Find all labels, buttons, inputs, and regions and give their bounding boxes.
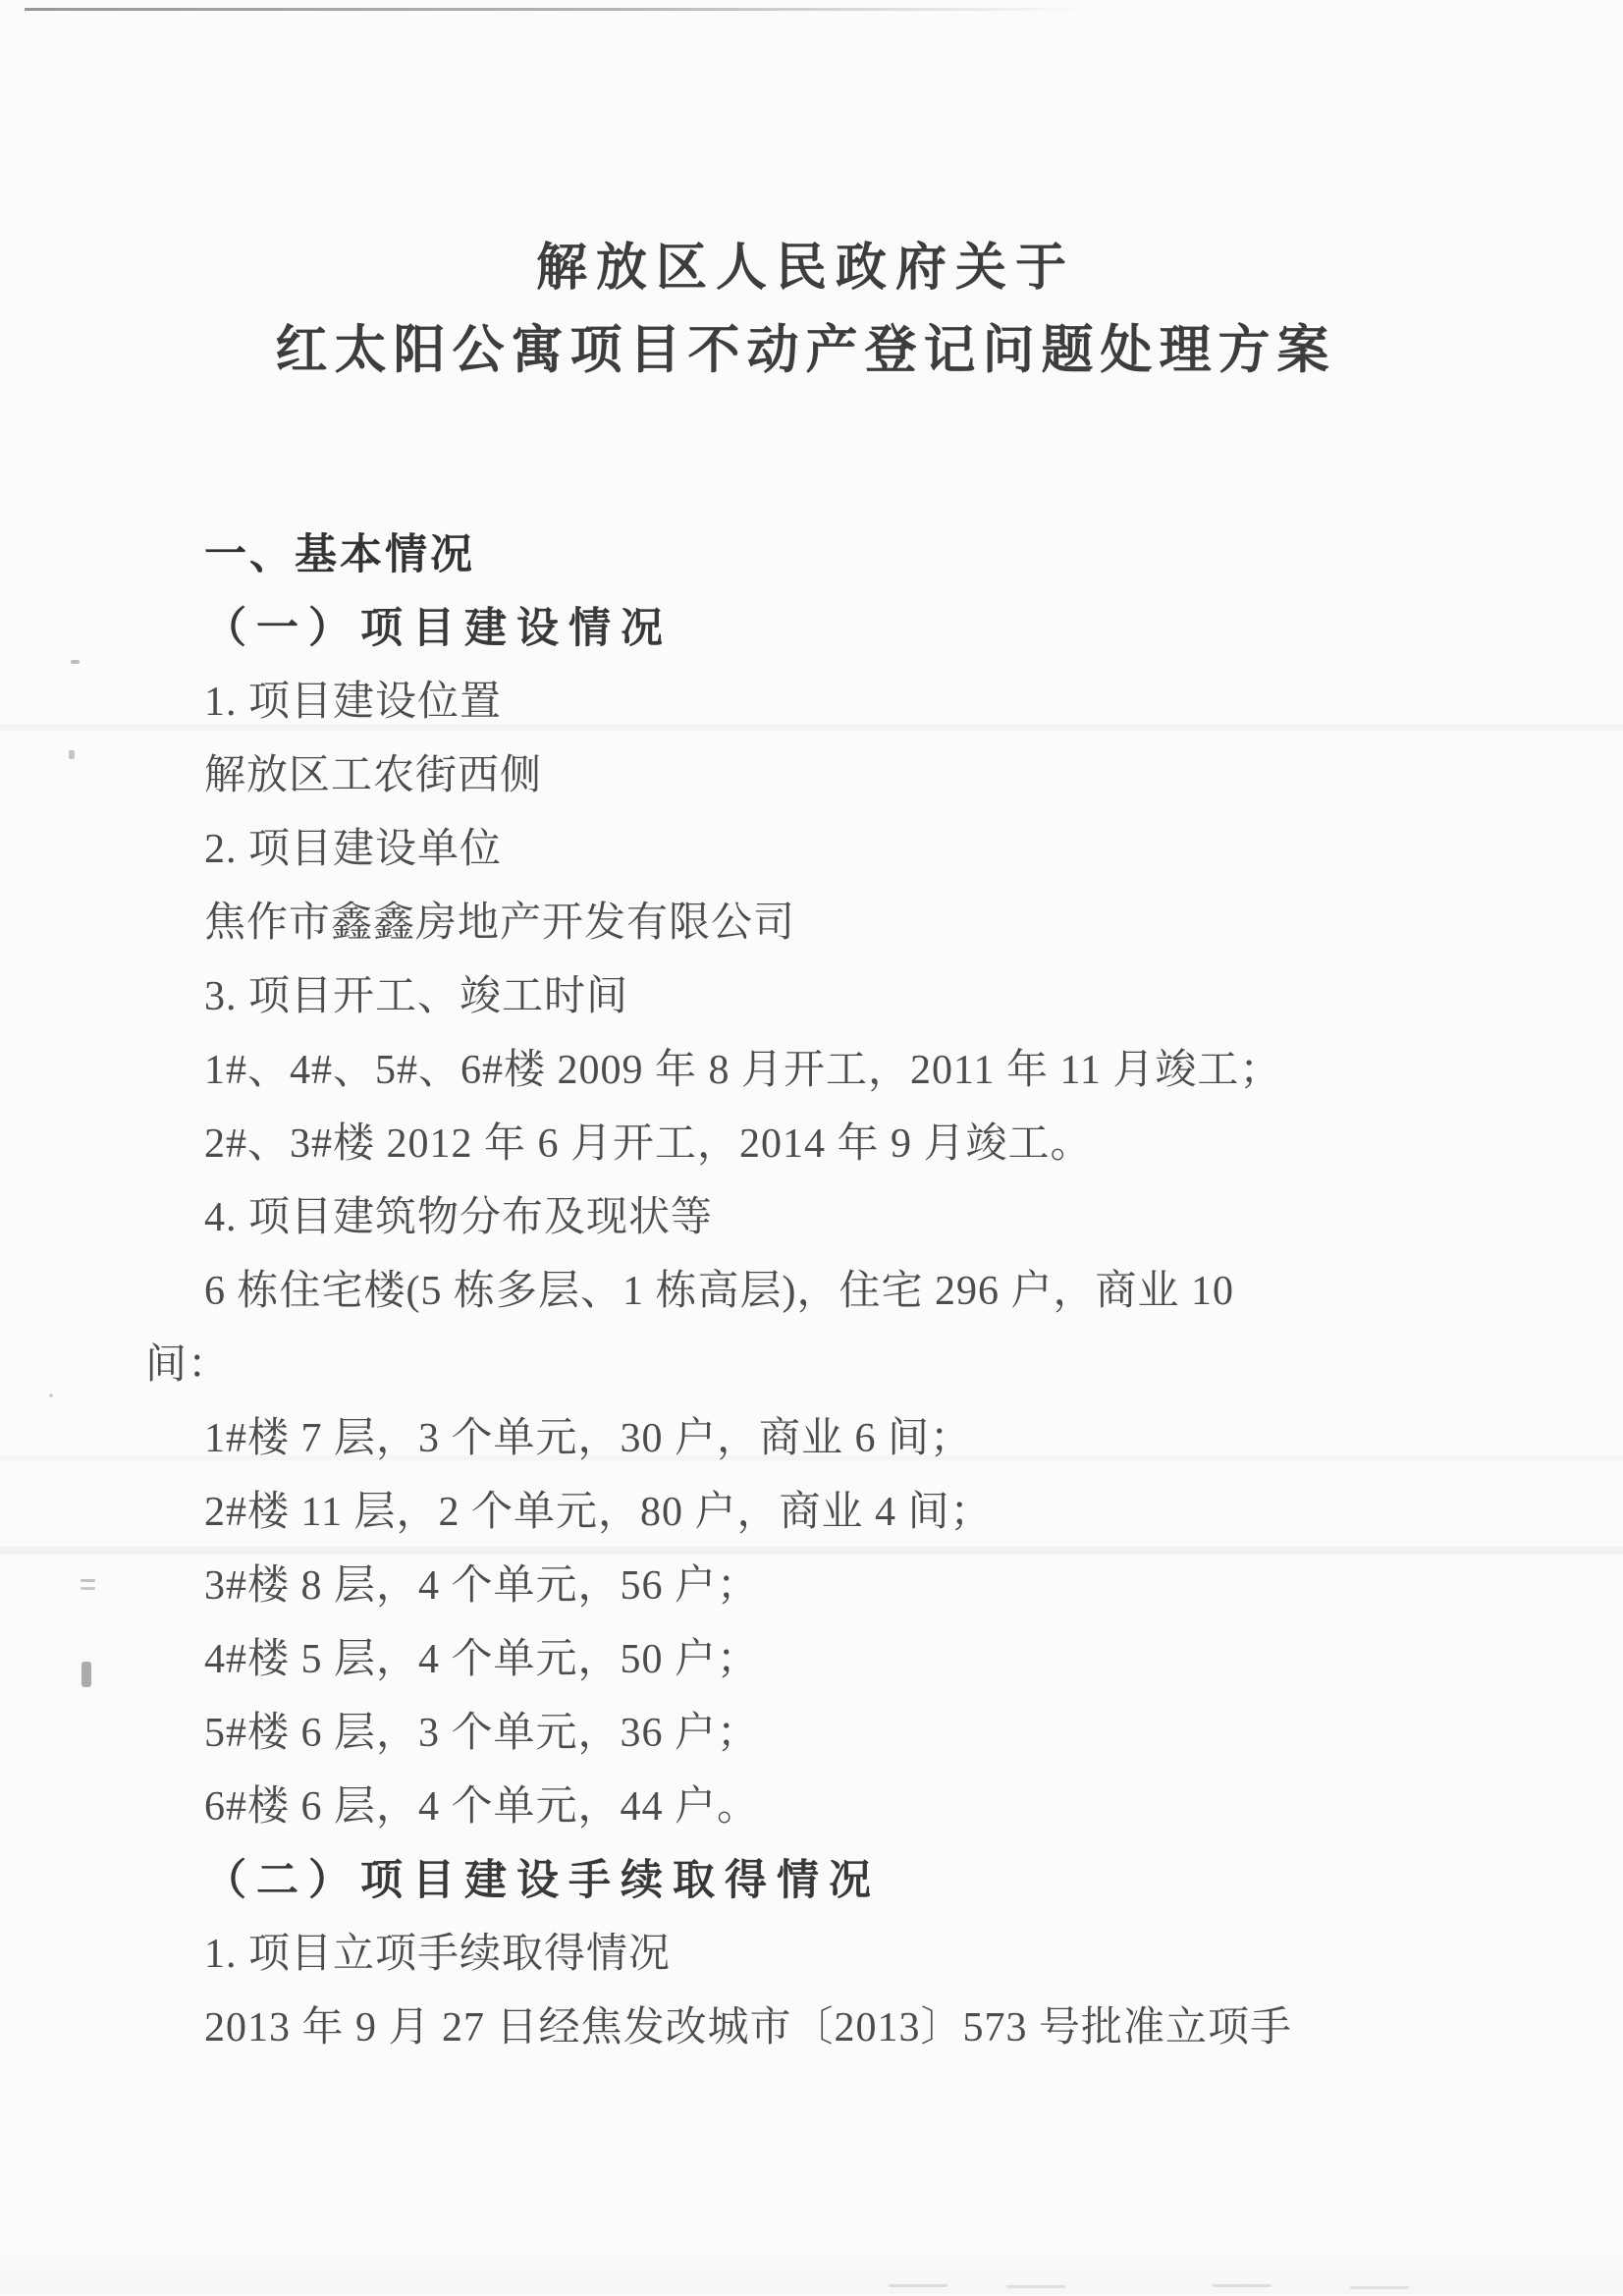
subsection-heading-project-construction: （一）项目建设情况	[145, 592, 1520, 666]
doc-line-project-location-label: 1. 项目建设位置	[145, 666, 1520, 739]
doc-line-building-5: 5#楼 6 层，3 个单元，36 户；	[145, 1697, 1520, 1771]
document-title-line-1: 解放区人民政府关于	[145, 239, 1466, 300]
scan-speck-artifact	[69, 750, 75, 759]
document-body: 一、基本情况 （一）项目建设情况 1. 项目建设位置 解放区工农街西侧 2. 项…	[145, 519, 1520, 2065]
doc-line-construction-dates-label: 3. 项目开工、竣工时间	[145, 960, 1520, 1034]
doc-line-project-location-value: 解放区工农街西侧	[145, 739, 1520, 813]
scan-speck-artifact	[889, 2284, 947, 2287]
doc-line-building-6: 6#楼 6 层，4 个单元，44 户。	[145, 1771, 1520, 1844]
doc-line-building-4: 4#楼 5 层，4 个单元，50 户；	[145, 1623, 1520, 1697]
document-title-line-2: 红太阳公寓项目不动产登记问题处理方案	[145, 320, 1466, 383]
doc-line-building-distribution-label: 4. 项目建筑物分布及现状等	[145, 1181, 1520, 1255]
section-heading-basic-info: 一、基本情况	[145, 519, 1520, 592]
doc-line-building-summary: 6 栋住宅楼(5 栋多层、1 栋高层)，住宅 296 户，商业 10	[145, 1255, 1520, 1329]
doc-line-building-summary-wrap: 间：	[145, 1329, 1520, 1402]
doc-line-approval-label: 1. 项目立项手续取得情况	[145, 1918, 1520, 1992]
scan-speck-artifact	[81, 1662, 91, 1687]
doc-line-building-2: 2#楼 11 层，2 个单元，80 户，商业 4 间；	[145, 1476, 1520, 1550]
scan-speck-artifact	[49, 1394, 53, 1397]
scan-speck-artifact	[71, 660, 80, 664]
doc-line-construction-dates-2: 2#、3#楼 2012 年 6 月开工，2014 年 9 月竣工。	[145, 1108, 1520, 1181]
doc-line-construction-dates-1: 1#、4#、5#、6#楼 2009 年 8 月开工，2011 年 11 月竣工；	[145, 1034, 1520, 1108]
doc-line-project-developer-label: 2. 项目建设单位	[145, 813, 1520, 887]
doc-line-approval-detail: 2013 年 9 月 27 日经焦发改城市〔2013〕573 号批准立项手	[145, 1992, 1520, 2065]
subsection-heading-procedures: （二）项目建设手续取得情况	[145, 1844, 1520, 1918]
doc-line-project-developer-value: 焦作市鑫鑫房地产开发有限公司	[145, 887, 1520, 960]
scan-band-artifact	[0, 2249, 1623, 2294]
doc-line-building-3: 3#楼 8 层，4 个单元，56 户；	[145, 1550, 1520, 1623]
scan-speck-artifact	[81, 1579, 95, 1582]
doc-line-building-1: 1#楼 7 层，3 个单元，30 户，商业 6 间；	[145, 1402, 1520, 1476]
scan-edge-artifact	[25, 8, 1085, 11]
scanned-document-page: 解放区人民政府关于 红太阳公寓项目不动产登记问题处理方案 一、基本情况 （一）项…	[0, 0, 1623, 2296]
